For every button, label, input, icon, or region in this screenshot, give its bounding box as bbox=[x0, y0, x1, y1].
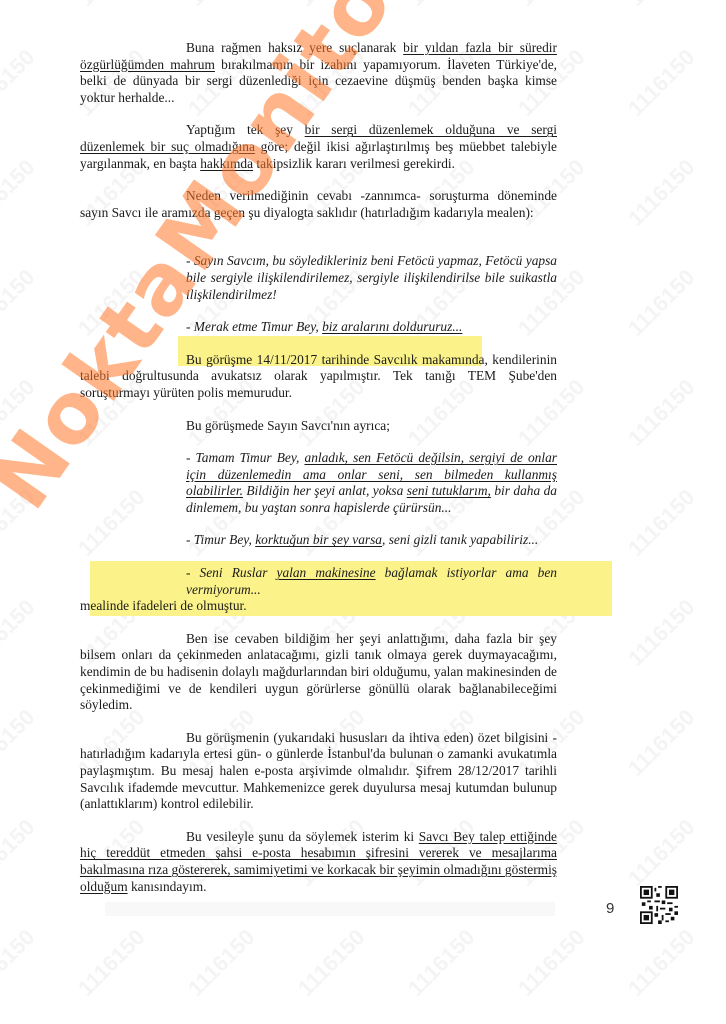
tile-watermark: 1116150 bbox=[623, 44, 700, 121]
paragraph: Ben ise cevaben bildiğim her şeyi anlatt… bbox=[80, 631, 557, 714]
tile-watermark: 1116150 bbox=[73, 0, 150, 12]
tile-watermark: 1116150 bbox=[293, 924, 370, 1001]
quote: - Sayın Savcım, bu söyledikleriniz beni … bbox=[186, 253, 557, 303]
paragraph: Buna rağmen haksız yere suçlanarak bir y… bbox=[80, 40, 557, 106]
paragraph: Yaptığım tek şey bir sergi düzenlemek ol… bbox=[80, 122, 557, 172]
text: , seni gizli tanık yapabiliriz... bbox=[382, 532, 538, 547]
tile-watermark: 1116150 bbox=[183, 0, 260, 12]
quote: - Tamam Timur Bey, anladık, sen Fetöcü d… bbox=[186, 450, 557, 516]
paragraph: Bu vesileyle şunu da söylemek isterim ki… bbox=[80, 829, 557, 895]
text: - Timur Bey, bbox=[186, 532, 255, 547]
tile-watermark: 1116150 bbox=[623, 484, 700, 561]
underlined-text: seni tutuklarım, bbox=[407, 483, 491, 498]
tile-watermark: 1116150 bbox=[513, 924, 590, 1001]
underlined-text: yalan makinesine bbox=[277, 565, 376, 580]
quote: - Timur Bey, korktuğun bir şey varsa, se… bbox=[186, 532, 557, 549]
text: takipsizlik kararı verilmesi gerekirdi. bbox=[253, 156, 455, 171]
underlined-text: biz aralarını doldururuz... bbox=[322, 319, 462, 334]
document-body: Buna rağmen haksız yere suçlanarak bir y… bbox=[80, 40, 557, 895]
tile-watermark: 1116150 bbox=[73, 924, 150, 1001]
quote: - Merak etme Timur Bey, biz aralarını do… bbox=[186, 319, 557, 336]
text: Bu vesileyle şunu da söylemek isterim ki bbox=[186, 829, 419, 844]
tile-watermark: 1116150 bbox=[623, 154, 700, 231]
tile-watermark: 1116150 bbox=[623, 924, 700, 1001]
tile-watermark: 1116150 bbox=[403, 924, 480, 1001]
tile-watermark: 1116150 bbox=[0, 374, 40, 451]
tile-watermark: 1116150 bbox=[623, 0, 700, 12]
paragraph: mealinde ifadeleri de olmuştur. bbox=[80, 598, 557, 615]
underlined-text: hakkımda bbox=[200, 156, 253, 171]
tile-watermark: 1116150 bbox=[623, 374, 700, 451]
paragraph: Bu görüşmede Sayın Savcı'nın ayrıca; bbox=[80, 418, 557, 435]
underlined-text: korktuğun bir şey varsa bbox=[255, 532, 382, 547]
tile-watermark: 1116150 bbox=[623, 594, 700, 671]
text: Buna rağmen haksız yere suçlanarak bbox=[186, 40, 403, 55]
tile-watermark: 1116150 bbox=[0, 0, 40, 12]
tile-watermark: 1116150 bbox=[513, 0, 590, 12]
page-number: 9 bbox=[606, 900, 614, 917]
text: - Seni Ruslar bbox=[186, 565, 277, 580]
tile-watermark: 1116150 bbox=[293, 0, 370, 12]
document-page: 1116150111615011161501116150111615011161… bbox=[0, 0, 726, 1024]
quote: - Seni Ruslar yalan makinesine bağlamak … bbox=[186, 565, 557, 598]
qr-code-icon bbox=[640, 886, 678, 924]
tile-watermark: 1116150 bbox=[0, 704, 40, 781]
tile-watermark: 1116150 bbox=[183, 924, 260, 1001]
tile-watermark: 1116150 bbox=[0, 484, 40, 561]
tile-watermark: 1116150 bbox=[623, 704, 700, 781]
tile-watermark: 1116150 bbox=[0, 44, 40, 121]
tile-watermark: 1116150 bbox=[0, 594, 40, 671]
tile-watermark: 1116150 bbox=[0, 154, 40, 231]
text: - Tamam Timur Bey, bbox=[186, 450, 305, 465]
text: Bildiğin her şeyi anlat, yoksa bbox=[243, 483, 407, 498]
footer-band bbox=[105, 902, 555, 916]
tile-watermark: 1116150 bbox=[623, 264, 700, 341]
text: Yaptığım tek şey bbox=[186, 122, 305, 137]
text: - Merak etme Timur Bey, bbox=[186, 319, 322, 334]
tile-watermark: 1116150 bbox=[0, 814, 40, 891]
tile-watermark: 1116150 bbox=[623, 814, 700, 891]
tile-watermark: 1116150 bbox=[0, 264, 40, 341]
paragraph: Bu görüşmenin (yukarıdaki hususları da i… bbox=[80, 730, 557, 813]
tile-watermark: 1116150 bbox=[403, 0, 480, 12]
tile-watermark: 1116150 bbox=[0, 924, 40, 1001]
paragraph: Bu görüşme 14/11/2017 tarihinde Savcılık… bbox=[80, 352, 557, 402]
paragraph: Neden verilmediğinin cevabı -zannımca- s… bbox=[80, 188, 557, 221]
text: kanısındayım. bbox=[128, 879, 207, 894]
